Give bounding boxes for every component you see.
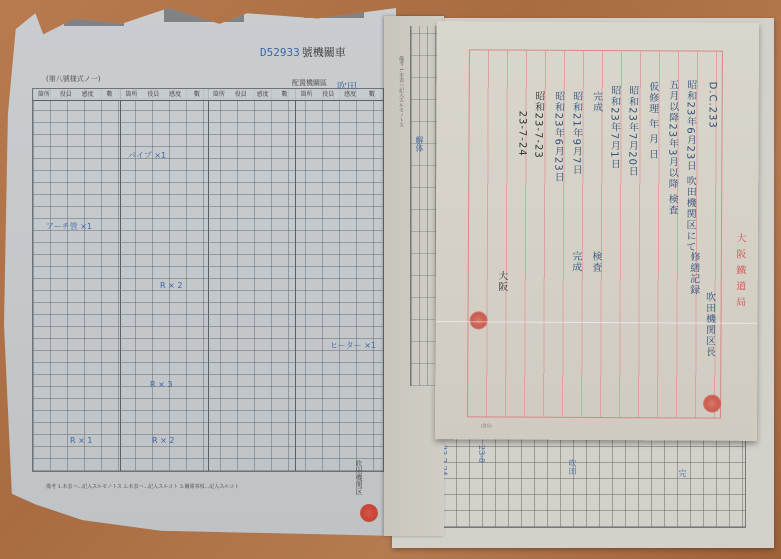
inspection-grid: 箇所 役員 感度 數 箇所 役員 感度 數 箇所 役員 感度 數 箇所 役員 感… [32, 88, 384, 472]
letter-line: 昭和23年7月20日 [624, 85, 639, 177]
strip-handwritten: 解体 [414, 136, 425, 152]
letter-line: 大阪 [494, 270, 509, 292]
red-seal-icon [703, 395, 721, 413]
letter-line: 完成 [568, 251, 583, 273]
letter-line: 昭和23年6月23日 吹田機関区にて [682, 79, 698, 252]
letter-line: 五月以降23年3月以降 検査 [664, 79, 680, 215]
letter-line: 昭和23年6月23日 [550, 91, 565, 183]
red-seal-icon [360, 504, 378, 522]
letter-line: 仮修理 年 月 日 [644, 81, 659, 160]
handwritten-entry: パイプ ×1 [128, 150, 166, 161]
depot-stamp-label: 吹田機関区 [354, 460, 364, 495]
letter-line: 23-7-24 [516, 111, 527, 157]
remarks-footnote: 備考 1.本表ハ...記入スルモノトス 2.本表ハ...記入スルコト 3.關係事… [46, 483, 386, 491]
letter-line: 修繕記録 [686, 251, 701, 295]
torn-edge [164, 8, 244, 22]
red-ruled-frame: D.C.233 昭和23年6月23日 吹田機関区にて 五月以降23年3月以降 検… [467, 49, 723, 418]
handwritten-entry: ヒーター ×1 [330, 340, 376, 351]
letter-line: 吹田機関区長 [701, 292, 716, 358]
sheet-title: D52933 號機關車 [260, 44, 346, 60]
letter-line: 昭和23-7-23 [530, 91, 545, 159]
form-label: (第八號様式ノ一) [46, 74, 100, 84]
handwritten-entry: R × 2 [160, 281, 182, 290]
paper-size-note: (B5) [481, 423, 492, 429]
handwritten-entry: R × 2 [152, 436, 174, 445]
letter-line: 昭和23年7月1日 [606, 85, 621, 170]
handwritten-entry: R × 3 [150, 380, 172, 389]
letter-line: 検査 [588, 251, 603, 273]
document-photo: D52933 號機關車 (第八號様式ノ一) 配置機關區 吹田 箇所 役員 感度 … [0, 0, 781, 559]
letter-line: D.C.233 [707, 82, 718, 129]
bottom-record-table: 23-7-23 23-7-24 23-8 吹田 完 [416, 438, 746, 528]
office-stamp-text: 大阪鐵道局 [732, 233, 747, 313]
red-ruled-letter: D.C.233 昭和23年6月23日 吹田機関区にて 五月以降23年3月以降 検… [435, 21, 759, 441]
torn-edge [304, 8, 364, 18]
handwritten-entry: アーチ管 ×1 [46, 221, 92, 232]
handwritten-entry: R × 1 [70, 436, 92, 445]
letter-line: 昭和21年9月7日 [568, 91, 583, 176]
grid-header: 箇所 役員 感度 數 箇所 役員 感度 數 箇所 役員 感度 數 箇所 役員 感… [33, 89, 383, 101]
title-text: 號機關車 [302, 44, 346, 60]
torn-edge [64, 8, 124, 26]
letter-line: 完成 [589, 91, 604, 113]
serial-number: D52933 [260, 46, 300, 59]
strip-notes: 備考 1.本表ハ記入スルモノトス [398, 56, 405, 316]
